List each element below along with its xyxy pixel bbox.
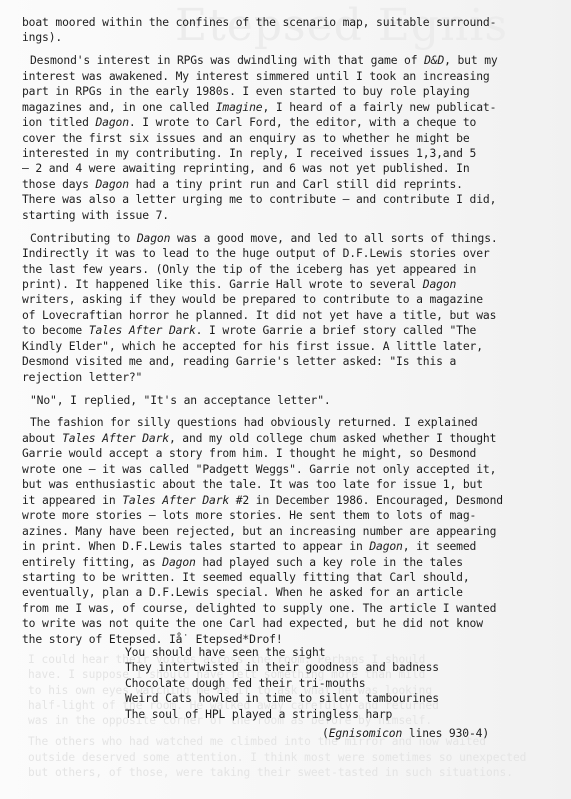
text-line: of Lovecraftian horror he planned. It di…: [22, 308, 562, 323]
italic-title: D&D: [424, 53, 444, 67]
text-line: Garrie would accept a story from him. I …: [22, 446, 562, 461]
italic-title: Dagon: [423, 277, 456, 291]
text-run: ings).: [22, 30, 62, 44]
paragraph: Desmond's interest in RPGs was dwindling…: [22, 53, 562, 223]
text-line: There was also a letter urging me to con…: [22, 192, 562, 207]
italic-title: Dagon: [137, 231, 170, 245]
text-line: "No", I replied, "It's an acceptance let…: [22, 393, 562, 408]
italic-title: Dagon: [95, 177, 128, 191]
text-line: Indirectly it was to lead to the huge ou…: [22, 246, 562, 261]
poem-line: Chocolate dough fed their tri-mouths: [125, 676, 439, 691]
text-run: starting to be written. It seemed equall…: [22, 570, 470, 584]
text-line: starting with issue 7.: [22, 208, 562, 223]
citation-title: Egnisomicon: [329, 726, 402, 740]
citation-open: (: [322, 726, 329, 740]
text-run: , it seemed: [403, 539, 476, 553]
article-body: boat moored within the confines of the s…: [22, 15, 562, 655]
text-line: wrote one — it was called "Padgett Weggs…: [22, 462, 562, 477]
text-run: "No", I replied, "It's an acceptance let…: [30, 393, 331, 407]
text-run: Desmond visited me and, reading Garrie's…: [22, 354, 456, 368]
text-run: azines. Many have been rejected, but an …: [22, 524, 496, 538]
text-run: had played such a key role in the tales: [196, 555, 463, 569]
text-line: The fashion for silly questions had obvi…: [22, 415, 562, 430]
text-line: in print. When D.F.Lewis tales started t…: [22, 539, 562, 554]
poem-line: You should have seen the sight: [125, 645, 439, 660]
text-line: the last few years. (Only the tip of the…: [22, 262, 562, 277]
text-run: of Lovecraftian horror he planned. It di…: [22, 308, 496, 322]
text-run: was a good move, and led to all sorts of…: [170, 231, 497, 245]
text-line: eventually, plan a D.F.Lewis special. Wh…: [22, 585, 562, 600]
text-line: writers, asking if they would be prepare…: [22, 292, 562, 307]
text-run: . I wrote Garrie a brief story called "T…: [196, 323, 477, 337]
text-line: print). It happened like this. Garrie Ha…: [22, 277, 562, 292]
text-run: about: [22, 431, 62, 445]
text-line: wrote more stories — lots more stories. …: [22, 508, 562, 523]
text-run: writers, asking if they would be prepare…: [22, 292, 483, 306]
text-run: from me I was, of course, delighted to s…: [22, 601, 496, 615]
text-line: boat moored within the confines of the s…: [22, 15, 562, 30]
text-run: but was enthusiastic about the tale. It …: [22, 477, 483, 491]
text-line: ings).: [22, 30, 562, 45]
text-run: interested in my contributing. In reply,…: [22, 146, 476, 160]
text-line: it appeared in Tales After Dark #2 in De…: [22, 493, 562, 508]
text-run: rejection letter?": [22, 370, 142, 384]
text-run: Contributing to: [30, 231, 137, 245]
text-line: part in RPGs in the early 1980s. I even …: [22, 84, 562, 99]
text-run: — 2 and 4 were awaiting reprinting, and …: [22, 161, 470, 175]
text-line: — 2 and 4 were awaiting reprinting, and …: [22, 161, 562, 176]
poem-citation: (Egnisomicon lines 930-4): [322, 726, 489, 741]
text-line: to write was not quite the one Carl had …: [22, 616, 562, 631]
text-line: interested in my contributing. In reply,…: [22, 146, 562, 161]
text-run: boat moored within the confines of the s…: [22, 15, 496, 29]
paragraph: "No", I replied, "It's an acceptance let…: [22, 393, 562, 408]
text-run: ion titled: [22, 115, 95, 129]
poem-line: The soul of HPL played a stringless harp: [125, 707, 439, 722]
text-line: but was enthusiastic about the tale. It …: [22, 477, 562, 492]
bleed-through-line: but others, of those, were taking their …: [28, 765, 558, 780]
text-line: Kindly Elder", which he accepted for his…: [22, 339, 562, 354]
text-run: Indirectly it was to lead to the huge ou…: [22, 246, 490, 260]
text-run: magazines and, in one called: [22, 100, 216, 114]
text-line: interest was awakened. My interest simme…: [22, 69, 562, 84]
text-run: Desmond's interest in RPGs was dwindling…: [30, 53, 424, 67]
poem-excerpt: You should have seen the sightThey inter…: [125, 645, 439, 722]
text-line: Desmond's interest in RPGs was dwindling…: [22, 53, 562, 68]
text-line: those days Dagon had a tiny print run an…: [22, 177, 562, 192]
text-run: Kindly Elder", which he accepted for his…: [22, 339, 483, 353]
text-run: wrote more stories — lots more stories. …: [22, 508, 476, 522]
text-run: the last few years. (Only the tip of the…: [22, 262, 476, 276]
italic-title: Dagon: [95, 115, 128, 129]
italic-title: Imagine: [216, 100, 263, 114]
italic-title: Dagon: [369, 539, 402, 553]
text-run: interest was awakened. My interest simme…: [22, 69, 490, 83]
text-run: it appeared in: [22, 493, 122, 507]
text-run: , and my old college chum asked whether …: [169, 431, 496, 445]
text-run: to write was not quite the one Carl had …: [22, 616, 483, 630]
text-run: to become: [22, 323, 89, 337]
text-line: Desmond visited me and, reading Garrie's…: [22, 354, 562, 369]
text-run: , but my: [444, 53, 497, 67]
text-run: wrote one — it was called "Padgett Weggs…: [22, 462, 496, 476]
text-line: starting to be written. It seemed equall…: [22, 570, 562, 585]
text-run: the story of Etepsed. Iå˙ Etepsed*Drof!: [22, 632, 283, 646]
poem-line: Weird Cats howled in time to silent tamb…: [125, 691, 439, 706]
italic-title: Tales After Dark: [89, 323, 196, 337]
text-line: magazines and, in one called Imagine, I …: [22, 100, 562, 115]
scanned-page: Etepsed Egnis I could hear their voices …: [0, 0, 571, 799]
text-line: azines. Many have been rejected, but an …: [22, 524, 562, 539]
paragraph: Contributing to Dagon was a good move, a…: [22, 231, 562, 386]
bleed-through-line: outside deserved some attention. I think…: [28, 750, 558, 765]
text-line: to become Tales After Dark. I wrote Garr…: [22, 323, 562, 338]
paragraph: The fashion for silly questions had obvi…: [22, 415, 562, 647]
italic-title: Dagon: [162, 555, 195, 569]
text-run: eventually, plan a D.F.Lewis special. Wh…: [22, 585, 463, 599]
text-run: starting with issue 7.: [22, 208, 169, 222]
text-line: cover the first six issues and an enquir…: [22, 131, 562, 146]
poem-line: They intertwisted in their goodness and …: [125, 660, 439, 675]
text-run: print). It happened like this. Garrie Ha…: [22, 277, 423, 291]
text-line: Contributing to Dagon was a good move, a…: [22, 231, 562, 246]
text-run: those days: [22, 177, 95, 191]
text-run: , I heard of a fairly new publicat-: [262, 100, 496, 114]
italic-title: Tales After Dark: [122, 493, 229, 507]
text-run: entirely fitting, as: [22, 555, 162, 569]
text-line: ion titled Dagon. I wrote to Carl Ford, …: [22, 115, 562, 130]
italic-title: Tales After Dark: [62, 431, 169, 445]
citation-rest: lines 930-4): [402, 726, 489, 740]
text-run: in print. When D.F.Lewis tales started t…: [22, 539, 369, 553]
text-run: part in RPGs in the early 1980s. I even …: [22, 84, 470, 98]
text-run: . I wrote to Carl Ford, the editor, with…: [129, 115, 476, 129]
text-line: from me I was, of course, delighted to s…: [22, 601, 562, 616]
text-line: rejection letter?": [22, 370, 562, 385]
text-line: about Tales After Dark, and my old colle…: [22, 431, 562, 446]
text-line: entirely fitting, as Dagon had played su…: [22, 555, 562, 570]
paragraph: boat moored within the confines of the s…: [22, 15, 562, 46]
text-run: The fashion for silly questions had obvi…: [30, 415, 478, 429]
text-run: There was also a letter urging me to con…: [22, 192, 496, 206]
text-run: #2 in December 1986. Encouraged, Desmond: [229, 493, 503, 507]
text-run: cover the first six issues and an enquir…: [22, 131, 470, 145]
text-run: had a tiny print run and Carl still did …: [129, 177, 463, 191]
text-run: Garrie would accept a story from him. I …: [22, 446, 476, 460]
